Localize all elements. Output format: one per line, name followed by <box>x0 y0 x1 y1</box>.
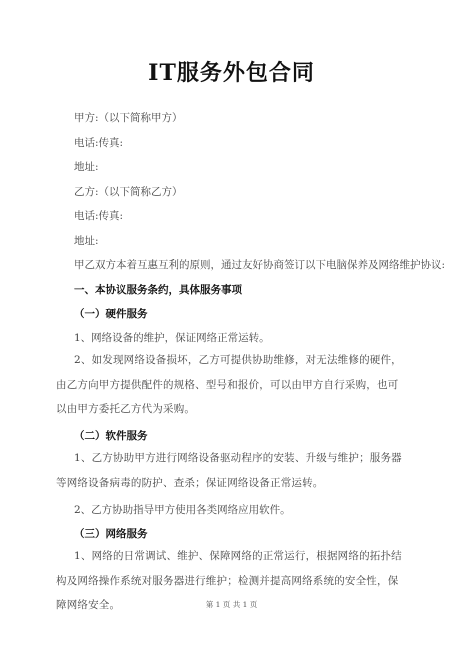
party-a-phone-line: 电话:传真: <box>74 135 123 150</box>
document-title: IT服务外包合同 <box>0 56 463 87</box>
hardware-item-1: 1、网络设备的维护，保证网络正常运转。 <box>74 330 270 345</box>
page-indicator: 第 1 页 共 1 页 <box>0 599 463 610</box>
software-item-1: 1、乙方协助甲方进行网络设备驱动程序的安装、升级与维护；服务器等网络设备病毒的防… <box>56 446 408 495</box>
section-1-heading: 一、本协议服务条约，具体服务事项 <box>74 282 242 297</box>
software-heading: （二）软件服务 <box>74 428 148 443</box>
party-b-phone-line: 电话:传真: <box>74 208 123 223</box>
network-heading: （三）网络服务 <box>74 526 148 541</box>
hardware-heading: （一）硬件服务 <box>74 306 148 321</box>
software-item-2: 2、乙方协助指导甲方使用各类网络应用软件。 <box>74 502 291 517</box>
party-a-address-line: 地址: <box>74 159 99 174</box>
party-a-line: 甲方:（以下简称甲方） <box>74 110 183 125</box>
party-b-address-line: 地址: <box>74 233 99 248</box>
party-b-line: 乙方:（以下简称乙方） <box>74 184 183 199</box>
intro-paragraph: 甲乙双方本着互惠互利的原则，通过友好协商签订以下电脑保养及网络维护协议: <box>74 257 445 272</box>
hardware-item-2: 2、如发现网络设备损坏，乙方可提供协助维修，对无法维修的硬件，由乙方向甲方提供配… <box>56 348 408 422</box>
